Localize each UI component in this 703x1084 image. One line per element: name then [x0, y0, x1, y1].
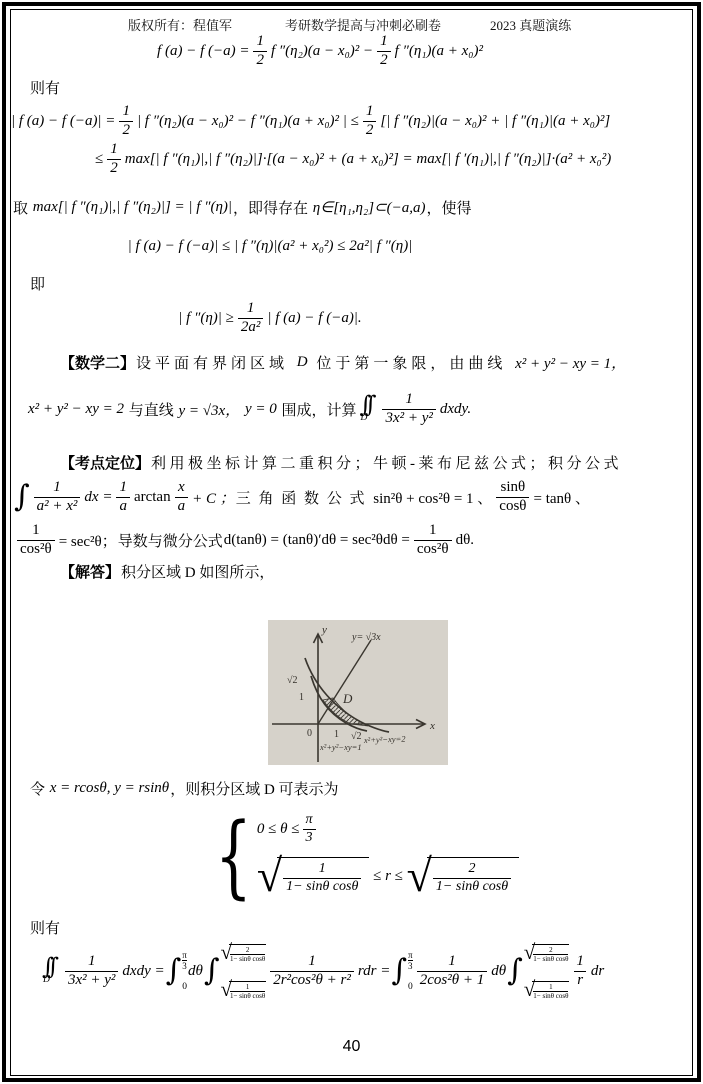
equation-abs-inequality: | f (a) − f (−a)| ≤ | f ″(η)|(a² + x₀²) … [40, 238, 500, 255]
fraction-bound2: 21− sinθ cosθ [433, 861, 511, 895]
denominator: 1− sinθ cosθ [533, 991, 568, 1000]
numerator: 1 [119, 103, 133, 121]
integral-r-2: ∫ √21− sinθ cosθ √11− sinθ cosθ [507, 942, 569, 1000]
numerator: x [175, 479, 188, 497]
kp-arctan: arctan [134, 489, 171, 506]
problem-tag: 【数学二】 [60, 352, 135, 373]
solution-tag: 【解答】 [60, 561, 120, 582]
header-edition: 2023 真题演练 [490, 15, 571, 34]
fraction-one-half: 12 [363, 103, 377, 139]
fraction-inv-cos2: 1cos²θ [414, 522, 452, 558]
numerator: π [408, 950, 413, 960]
kp-identity: sin²θ + cos²θ = 1 、 [373, 487, 492, 508]
fraction-one-half: 12 [253, 33, 267, 69]
radicand: 11− sinθ cosθ [277, 857, 369, 895]
denominator: 3x² + y² [65, 971, 118, 990]
fraction-inv-a2x2: 1a² + x² [34, 479, 81, 515]
denominator: 2 [119, 121, 133, 140]
fraction-theta-integrand: 12cos²θ + 1 [417, 953, 487, 989]
label-y-one: 1 [299, 692, 304, 703]
text-then-have-2: 则有 [30, 917, 60, 938]
r-range: ≤ r ≤ [369, 868, 406, 885]
upper-bound-sqrt: √21− sinθ cosθ [221, 942, 267, 963]
label-origin: 0 [307, 728, 312, 739]
numerator: 1 [363, 103, 377, 121]
integral-sign: ∫ [507, 957, 523, 986]
radicand: 21− sinθ cosθ [532, 944, 569, 963]
numerator: 1 [29, 522, 43, 540]
fraction-r-integrand: 12r²cos²θ + r² [270, 953, 354, 989]
eq-mid: f ″(η₂)(a − x₀)² − [271, 43, 373, 60]
numerator: π [182, 950, 187, 960]
problem-statement-line1: 【数学二】 设平面有界闭区域 D 位于第一象限，由曲线 x² + y² − xy… [60, 352, 626, 373]
lower-bound-sqrt: √11− sinθ cosθ [221, 979, 267, 1000]
denominator: 1− sinθ cosθ [230, 954, 265, 963]
label-x-axis: x [429, 720, 435, 732]
numerator: 1 [244, 300, 258, 318]
polar-prefix: 令 [30, 778, 49, 799]
denominator: 1− sinθ cosθ [283, 878, 361, 896]
denominator: cosθ [496, 497, 529, 516]
integral-sign: ∫ [391, 957, 407, 986]
kp-derivative-label: 导数与微分公式 [118, 530, 223, 551]
integral-bounds: π3 0 [408, 950, 413, 992]
kp-dx-eq: dx = [84, 489, 112, 506]
denominator: 2 [377, 51, 391, 70]
radicand: 11− sinθ cosθ [532, 981, 569, 1000]
numerator: 1 [116, 479, 130, 497]
fraction-pi-thirds: π3 [303, 812, 316, 846]
numerator: 1 [50, 479, 64, 497]
label-x-sqrt2: √2 [351, 731, 362, 742]
denominator: 2a² [238, 318, 264, 337]
numerator: 1 [426, 522, 440, 540]
sqrt-lower-bound: √11− sinθ cosθ [257, 853, 369, 899]
label-curve-inner-eq: x²+y²−xy=1 [319, 742, 362, 752]
ineq-mid: | f ″(η₂)(a − x₀)² − f ″(η₁)(a + x₀)² | … [137, 113, 359, 130]
equation-conclusion: | f ″(η)| ≥ 12a² | f (a) − f (−a)|. [40, 300, 500, 336]
polar-substitution: x = rcosθ, y = rsinθ [50, 780, 169, 797]
denominator: a [116, 497, 130, 516]
denominator: 2 [363, 121, 377, 140]
abs-inequality: | f (a) − f (−a)| ≤ | f ″(η)|(a² + x₀²) … [128, 238, 413, 255]
label-curve-outer-eq: x²+y²−xy=2 [363, 734, 407, 746]
numerator: 2 [466, 861, 479, 878]
namely-label: 即 [30, 273, 45, 294]
numerator: 1 [85, 953, 99, 971]
polar-suffix: ，则积分区域 D 可表示为 [170, 778, 338, 799]
numerator: 1 [246, 983, 250, 991]
take-math-2: η∈[η₁,η₂]⊂(−a,a) [313, 198, 426, 217]
take-text-2: ，使得 [426, 197, 471, 218]
fraction-one-half: 12 [119, 103, 133, 139]
sqrt-upper-bound: √21− sinθ cosθ [407, 853, 519, 899]
numerator: 1 [377, 33, 391, 51]
fraction-inv-r: 1r [573, 953, 587, 989]
ineq-lhs: | f (a) − f (−a)| = [11, 113, 115, 130]
denominator: 3x² + y² [382, 409, 435, 428]
eq-lhs: f (a) − f (−a) = [157, 43, 249, 60]
take-math-1: max[| f ″(η₁)|,| f ″(η₂)|] = | f ″(η)| [33, 199, 232, 216]
polar-substitution-intro: 令 x = rcosθ, y = rsinθ ，则积分区域 D 可表示为 [30, 778, 339, 799]
conclusion-rhs: | f (a) − f (−a)|. [267, 310, 361, 327]
denominator: cos²θ [414, 540, 452, 559]
kp-tan: = tanθ 、 [533, 487, 589, 508]
keypoints-line2: ∫ 1a² + x² dx = 1a arctan xa + C ； 三 角 函… [14, 479, 590, 515]
problem-text-4: 围成，计算 [278, 399, 357, 420]
ineq-rhs: [| f ″(η₂)|(a − x₀)² + | f ″(η₁)|(a + x₀… [380, 113, 610, 130]
conclusion-lhs: | f ″(η)| ≥ [178, 310, 234, 327]
max-expression: max[| f ″(η₁)|,| f ″(η₂)|]·[(a − x₀)² + … [125, 151, 611, 168]
system-rows: 0 ≤ θ ≤ π3 √11− sinθ cosθ ≤ r ≤ √21− sin… [257, 812, 519, 899]
text-take-max: 取 max[| f ″(η₁)|,| f ″(η₂)|] = | f ″(η)|… [13, 197, 471, 218]
eq-rdr: rdr = [358, 963, 391, 980]
polar-region-system: { 0 ≤ θ ≤ π3 √11− sinθ cosθ ≤ r ≤ √21− s… [215, 812, 519, 899]
keypoints-text: 利用极坐标计算二重积分；牛顿-莱布尼兹公式；积分公式 [151, 452, 622, 473]
label-y-axis: y [321, 624, 327, 636]
denominator: 2cos²θ + 1 [417, 971, 487, 990]
numerator: 1 [107, 141, 121, 159]
then-have-label: 则有 [30, 917, 60, 938]
integral-domain-D: D [360, 413, 367, 423]
fraction-one-half: 12 [107, 141, 121, 177]
denominator: 3 [182, 960, 187, 971]
keypoints-tag: 【考点定位】 [60, 452, 150, 473]
eq-rhs: f ″(η₁)(a + x₀)² [395, 43, 483, 60]
text-then-have: 则有 [30, 77, 60, 98]
eq-dtheta: dθ [188, 963, 203, 980]
problem-text-1: 设平面有界闭区域 [136, 352, 296, 373]
double-integral: ∫∫ D [42, 957, 59, 985]
integral-sign: ∫ [166, 957, 182, 986]
region-figure-photo: y x 0 √2 1 1 √2 y= √3x D x²+y²−xy=1 x²+y… [268, 620, 448, 765]
numerator: 1 [573, 953, 587, 971]
numerator: 1 [402, 391, 416, 409]
integral-domain-D: D [43, 975, 50, 985]
radicand: 21− sinθ cosθ [427, 857, 519, 895]
keypoints-line1: 【考点定位】 利用极坐标计算二重积分；牛顿-莱布尼兹公式；积分公式 [60, 452, 622, 473]
system-brace: { [215, 811, 252, 901]
denominator: 1− sinθ cosθ [230, 991, 265, 1000]
problem-text-2: 位于第一象限，由曲线 [309, 352, 515, 373]
numerator: 1 [305, 953, 319, 971]
solution-text: 积分区域 D 如图所示， [121, 561, 274, 582]
label-x-one: 1 [334, 729, 339, 740]
equation-taylor-remainder: f (a) − f (−a) = 12 f ″(η₂)(a − x₀)² − 1… [40, 33, 600, 69]
fraction-inv-2a2: 12a² [238, 300, 264, 336]
fraction-inv-cos2: 1cos²θ [17, 522, 55, 558]
problem-line-eq: y = √3x， [179, 399, 241, 420]
system-row-r: √11− sinθ cosθ ≤ r ≤ √21− sinθ cosθ [257, 853, 519, 899]
text-namely: 即 [30, 273, 45, 294]
integral-sign: ∫ [204, 957, 220, 986]
radicand: 11− sinθ cosθ [229, 981, 266, 1000]
keypoints-line3: 1cos²θ = sec²θ； 导数与微分公式 d(tanθ) = (tanθ)… [14, 522, 474, 558]
fraction-bound1: 11− sinθ cosθ [283, 861, 361, 895]
denominator: 3 [303, 829, 316, 847]
take-text-1: ，即得存在 [233, 197, 312, 218]
problem-text-3: 与直线 [125, 399, 178, 420]
kp-plus-C: + C ； [192, 487, 235, 508]
integral-bounds: √21− sinθ cosθ √11− sinθ cosθ [524, 942, 570, 1000]
header-copyright: 版权所有：程值军 [128, 15, 232, 34]
problem-dxdy: dxdy. [440, 401, 471, 418]
numerator: 1 [253, 33, 267, 51]
numerator: 1 [549, 983, 553, 991]
equation-inequality-row1: | f (a) − f (−a)| = 12 | f ″(η₂)(a − x₀)… [11, 103, 610, 139]
numerator: 1 [445, 953, 459, 971]
document-page: { "header": { "copyright": "版权所有：程值军", "… [0, 0, 703, 1084]
integral-bounds: √21− sinθ cosθ √11− sinθ cosθ [221, 942, 267, 1000]
fraction-integrand: 13x² + y² [382, 391, 435, 427]
fraction-x-over-a: xa [175, 479, 189, 515]
fraction-one-half: 12 [377, 33, 391, 69]
denominator: 2 [107, 159, 121, 178]
denominator: cos²θ [17, 540, 55, 559]
integral-sign: ∫ [14, 483, 30, 512]
integral-r-1: ∫ √21− sinθ cosθ √11− sinθ cosθ [204, 942, 266, 1000]
fraction-bound1: 11− sinθ cosθ [230, 983, 265, 1000]
lower-bound-zero: 0 [182, 983, 187, 993]
fraction-sin-over-cos: sinθcosθ [496, 479, 529, 515]
label-y-sqrt2: √2 [287, 675, 298, 686]
equation-polar-evaluation: ∫∫ D 13x² + y² dxdy = ∫ π3 0 dθ ∫ √21− s… [40, 942, 604, 1000]
eq-dr: dr [591, 963, 604, 980]
numerator: sinθ [498, 479, 529, 497]
eq-dtheta-2: dθ [491, 963, 506, 980]
upper-bound-pi-thirds: π3 [182, 950, 187, 972]
label-line-equation: y= √3x [351, 632, 381, 643]
integral-bounds: π3 0 [182, 950, 187, 992]
numerator: 2 [549, 946, 553, 954]
fraction-integrand: 13x² + y² [65, 953, 118, 989]
kp-dtheta: dθ. [456, 532, 474, 549]
denominator: 2 [253, 51, 267, 70]
denominator: a [175, 497, 189, 516]
problem-var-D: D [297, 354, 308, 371]
system-row-theta: 0 ≤ θ ≤ π3 [257, 812, 519, 846]
denominator: a² + x² [34, 497, 81, 516]
fraction-bound2: 21− sinθ cosθ [230, 946, 265, 963]
denominator: 1− sinθ cosθ [433, 878, 511, 896]
lower-bound-sqrt: √11− sinθ cosθ [524, 979, 570, 1000]
fraction-bound2: 21− sinθ cosθ [533, 946, 568, 963]
theta-range: 0 ≤ θ ≤ [257, 821, 300, 838]
leq-sign: ≤ [95, 151, 103, 168]
then-have-label: 则有 [30, 77, 60, 98]
kp-sec: = sec²θ； [59, 530, 117, 551]
page-number: 40 [0, 1038, 703, 1056]
take-prefix: 取 [13, 197, 32, 218]
problem-curve-1: x² + y² − xy = 1， [515, 352, 626, 373]
problem-curve-2: x² + y² − xy = 2 [28, 401, 124, 418]
header-series-title: 考研数学提高与冲刺必刷卷 [285, 15, 441, 34]
double-integral: ∫∫ D [359, 395, 376, 423]
lower-bound-zero: 0 [408, 983, 413, 993]
upper-bound-sqrt: √21− sinθ cosθ [524, 942, 570, 963]
denominator: 1− sinθ cosθ [533, 954, 568, 963]
radicand: 21− sinθ cosθ [229, 944, 266, 963]
fraction-bound1: 11− sinθ cosθ [533, 983, 568, 1000]
numerator: π [303, 812, 316, 829]
solution-intro: 【解答】 积分区域 D 如图所示， [60, 561, 274, 582]
numerator: 1 [316, 861, 329, 878]
label-region-D: D [342, 691, 353, 706]
numerator: 2 [246, 946, 250, 954]
problem-statement-line2: x² + y² − xy = 2 与直线 y = √3x， y = 0 围成，计… [28, 391, 471, 427]
kp-trig-label: 三 角 函 数 公 式 [236, 487, 373, 508]
problem-line-eq2: y = 0 [241, 401, 277, 418]
kp-differential: d(tanθ) = (tanθ)′dθ = sec²θdθ = [224, 532, 410, 549]
denominator: r [574, 971, 586, 990]
integral-theta-2: ∫ π3 0 [391, 950, 412, 992]
upper-bound-pi-thirds: π3 [408, 950, 413, 972]
equation-inequality-row2: ≤ 12 max[| f ″(η₁)|,| f ″(η₂)|]·[(a − x₀… [95, 141, 611, 177]
integral-theta-1: ∫ π3 0 [166, 950, 187, 992]
denominator: 3 [408, 960, 413, 971]
denominator: 2r²cos²θ + r² [270, 971, 354, 990]
fraction-inv-a: 1a [116, 479, 130, 515]
eq-dxdy: dxdy = [122, 963, 164, 980]
